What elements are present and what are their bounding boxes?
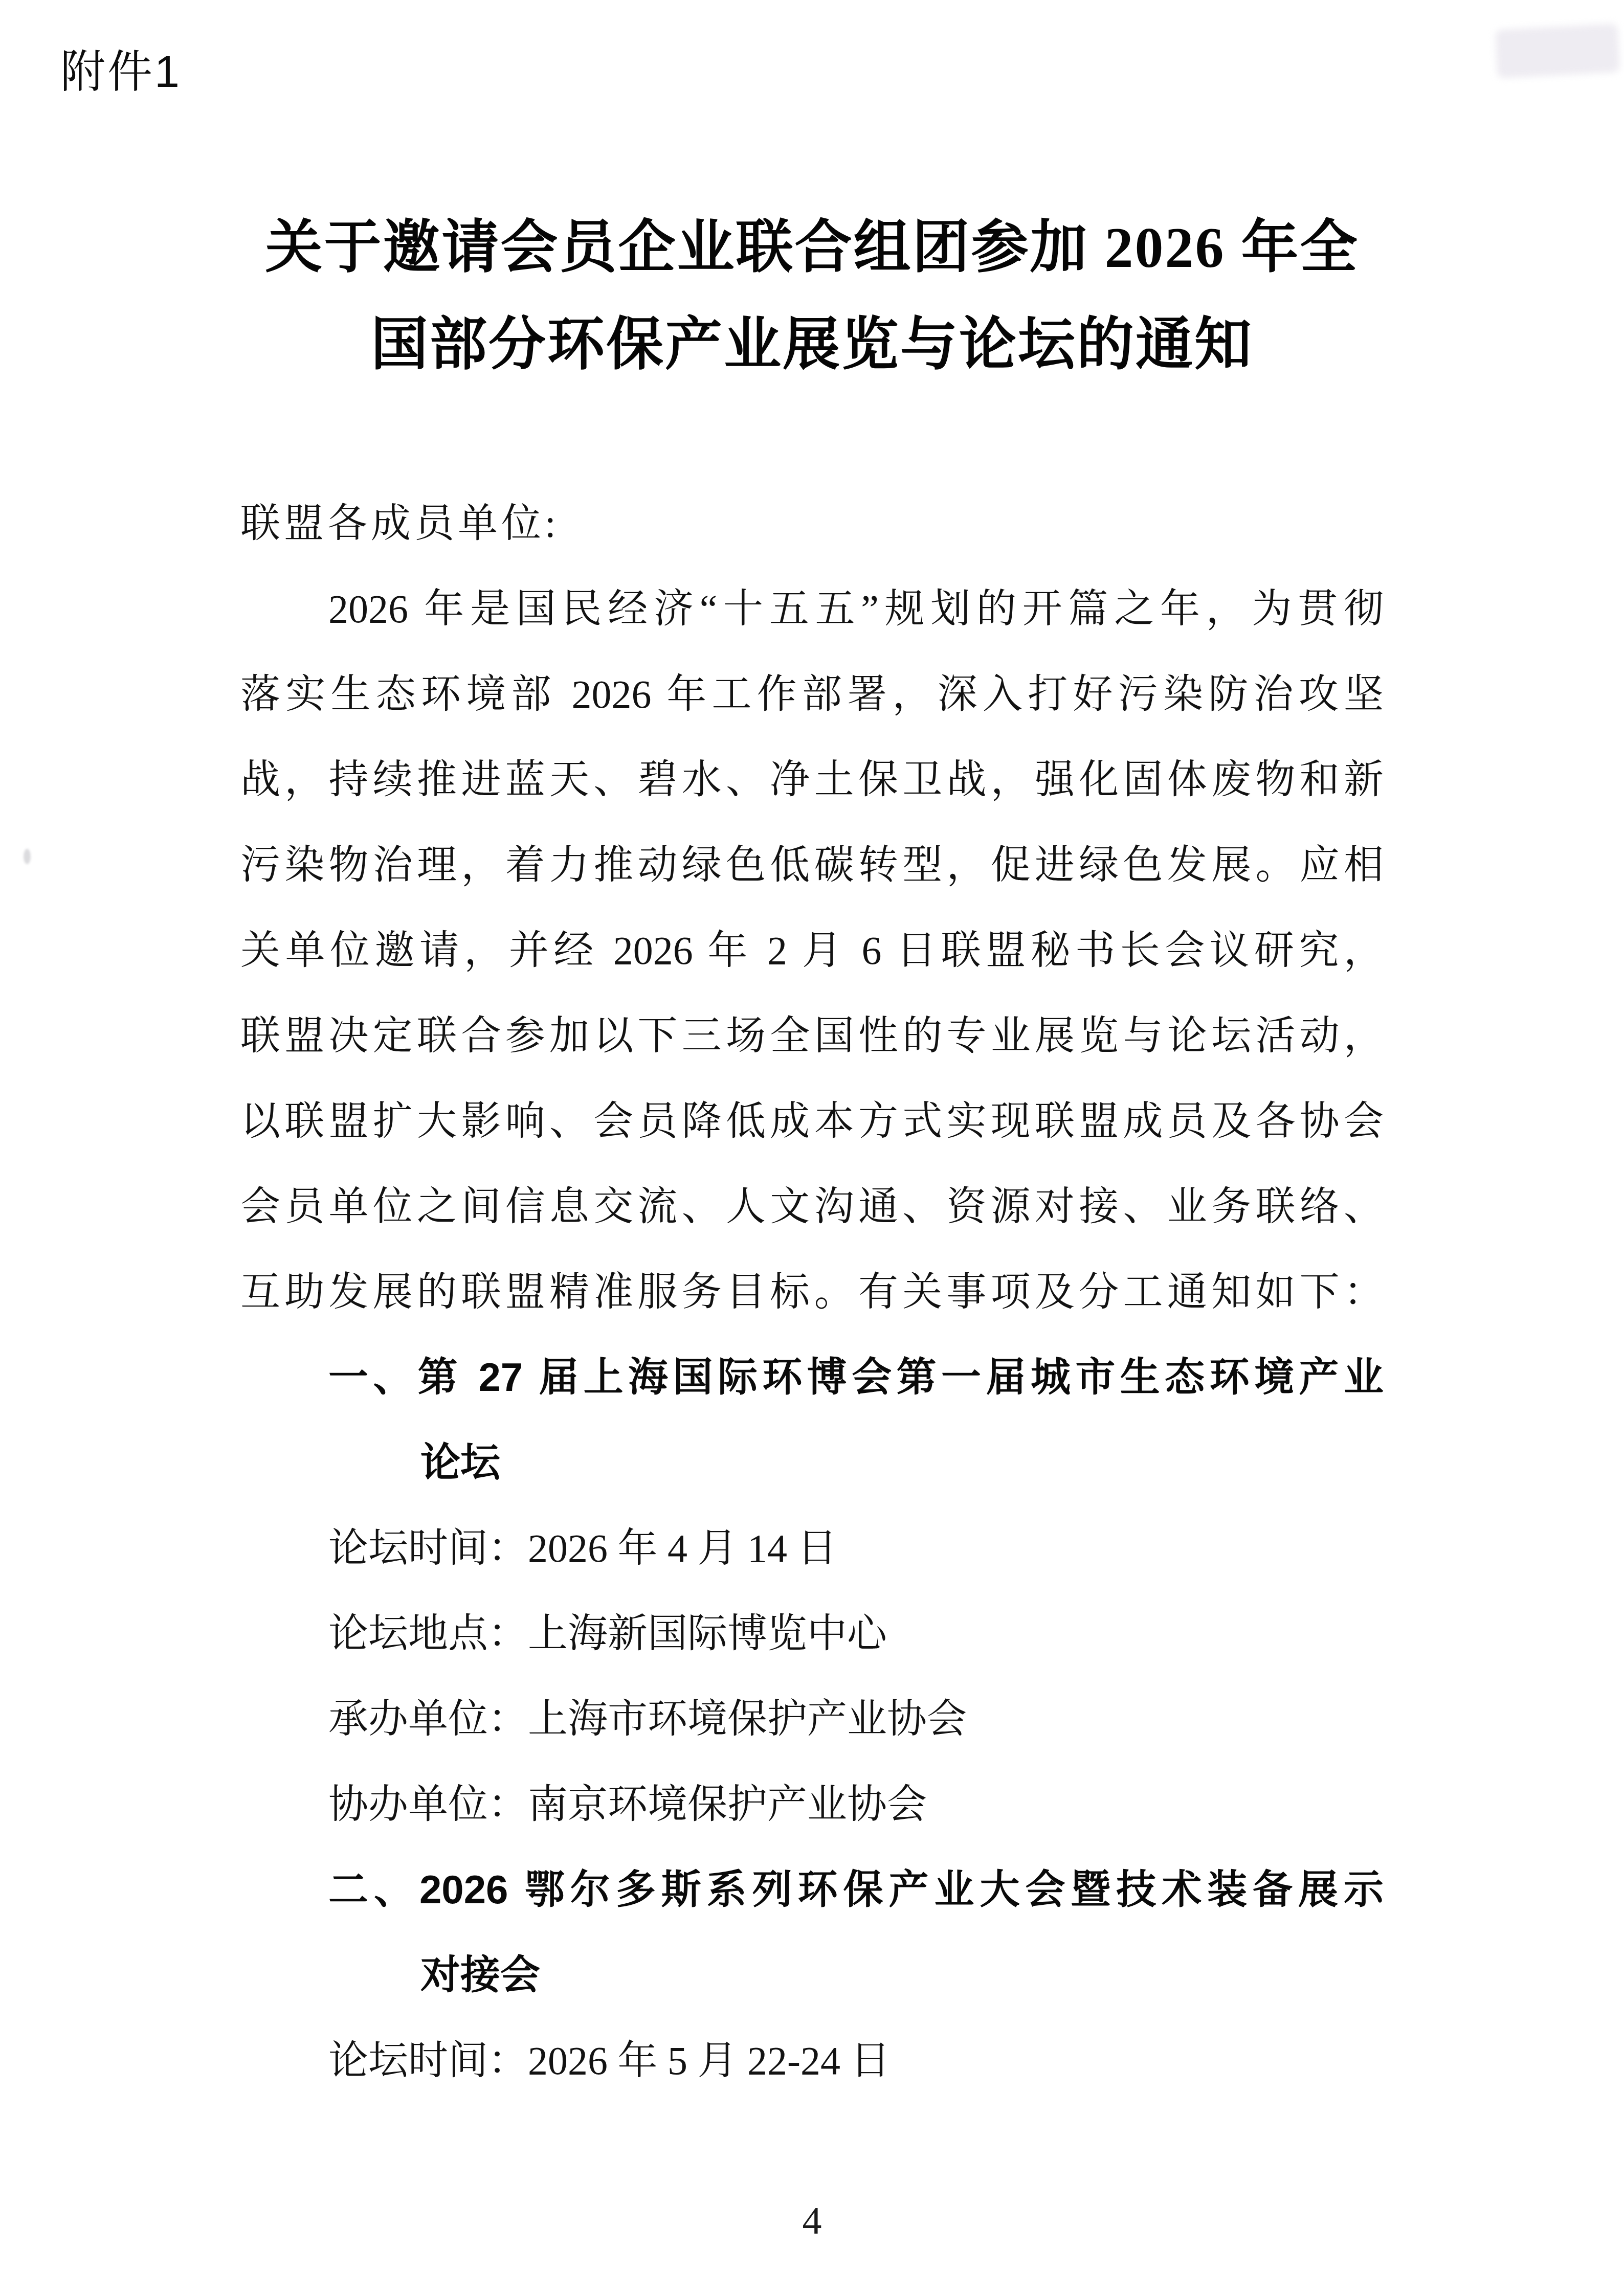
section-2-detail-forum-time: 论坛时间：2026 年 5 月 22-24 日 — [240, 2018, 1384, 2103]
salutation: 联盟各成员单位: — [240, 481, 1384, 566]
paragraph-line: 互助发展的联盟精准服务目标。有关事项及分工通知如下： — [240, 1249, 1384, 1335]
paragraph-line: 以联盟扩大影响、会员降低成本方式实现联盟成员及各协会 — [240, 1078, 1384, 1164]
section-2-heading: 二、2026 鄂尔多斯系列环保产业大会暨技术装备展示 — [240, 1847, 1384, 1932]
paragraph-line: 联盟决定联合参加以下三场全国性的专业展览与论坛活动， — [240, 993, 1384, 1078]
section-1-detail-forum-venue: 论坛地点：上海新国际博览中心 — [240, 1591, 1384, 1676]
scan-dot-artifact — [24, 849, 31, 864]
section-1-detail-forum-time: 论坛时间：2026 年 4 月 14 日 — [240, 1505, 1384, 1591]
paragraph-line: 落实生态环境部 2026 年工作部署，深入打好污染防治攻坚 — [240, 651, 1384, 737]
paragraph-line: 战，持续推进蓝天、碧水、净土保卫战，强化固体废物和新 — [240, 737, 1384, 822]
paragraph-line: 关单位邀请，并经 2026 年 2 月 6 日联盟秘书长会议研究， — [240, 908, 1384, 993]
scan-smudge-artifact — [1495, 24, 1620, 78]
document-title-line-1: 关于邀请会员企业联合组团参加 2026 年全 — [153, 199, 1471, 297]
page-number: 4 — [0, 2199, 1624, 2243]
paragraph-line: 会员单位之间信息交流、人文沟通、资源对接、业务联络、 — [240, 1164, 1384, 1249]
document-title-line-2: 国部分环保产业展览与论坛的通知 — [153, 297, 1471, 394]
section-1-detail-co-organizer: 协办单位：南京环境保护产业协会 — [240, 1762, 1384, 1847]
document-body: 联盟各成员单位: 2026 年是国民经济“十五五”规划的开篇之年，为贯彻 落实生… — [240, 481, 1384, 2103]
section-1-heading: 一、第 27 届上海国际环博会第一届城市生态环境产业 — [240, 1335, 1384, 1420]
document-page: 附件1 关于邀请会员企业联合组团参加 2026 年全 国部分环保产业展览与论坛的… — [0, 0, 1624, 2296]
section-2-heading-continuation: 对接会 — [240, 1932, 1384, 2018]
attachment-label: 附件1 — [60, 47, 182, 97]
section-1-heading-continuation: 论坛 — [240, 1420, 1384, 1505]
section-1-detail-organizer: 承办单位：上海市环境保护产业协会 — [240, 1676, 1384, 1762]
paragraph-line: 污染物治理，着力推动绿色低碳转型，促进绿色发展。应相 — [240, 822, 1384, 908]
paragraph-line: 2026 年是国民经济“十五五”规划的开篇之年，为贯彻 — [240, 566, 1384, 651]
document-title: 关于邀请会员企业联合组团参加 2026 年全 国部分环保产业展览与论坛的通知 — [153, 199, 1471, 394]
